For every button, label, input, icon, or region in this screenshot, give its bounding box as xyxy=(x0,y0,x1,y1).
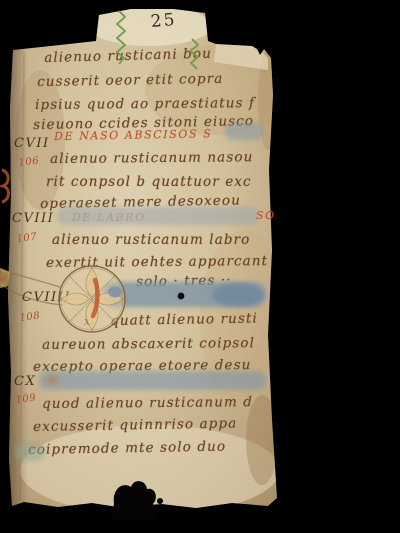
ink-smudge-band xyxy=(225,123,263,140)
rosette-blue-pigment xyxy=(108,287,122,298)
burn-spot xyxy=(157,498,163,504)
rosette-drawing xyxy=(0,266,125,332)
burn-hole-blobs xyxy=(112,481,156,520)
manuscript-photo: 25 alienuo rusticani bou cusserit oeor e… xyxy=(0,0,400,533)
stitching-thread-left xyxy=(117,11,125,64)
pigment-trace-orange xyxy=(46,375,58,385)
parchment-hole xyxy=(178,293,185,300)
edge-decoration-dot xyxy=(1,277,6,282)
stitching-thread-right xyxy=(190,39,198,69)
ink-smudge-band xyxy=(39,371,266,390)
ink-smudge-dark xyxy=(212,283,264,307)
ink-smudge-green xyxy=(15,442,45,462)
ink-smudge-band xyxy=(57,207,259,225)
tie-line xyxy=(1,284,63,305)
overlay-layer xyxy=(0,0,400,533)
